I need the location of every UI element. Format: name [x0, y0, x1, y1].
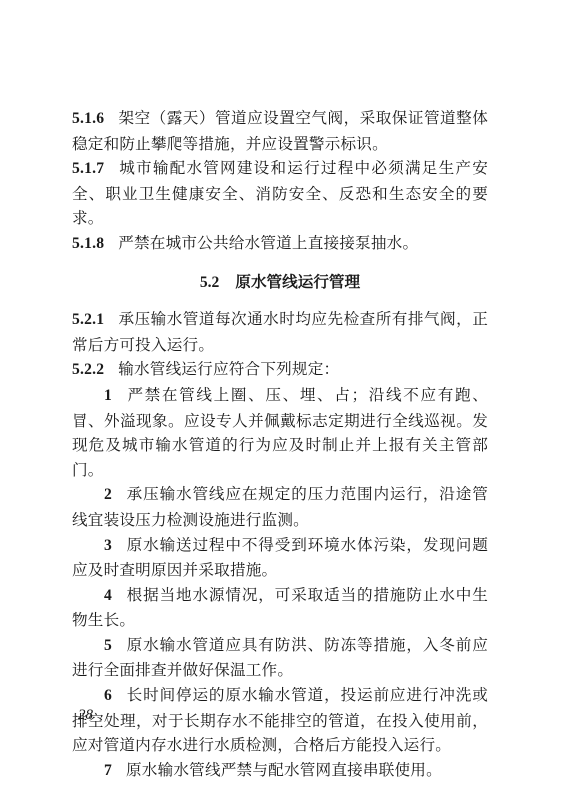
clause-5-1-7: 5.1.7城市输配水管网建设和运行过程中必须满足生产安全、职业卫生健康安全、消防… [72, 156, 488, 231]
clause-text: 城市输配水管网建设和运行过程中必须满足生产安全、职业卫生健康安全、消防安全、反恐… [72, 159, 488, 227]
clause-number: 5.2.2 [72, 361, 104, 378]
list-item: 3原水输送过程中不得受到环境水体污染，发现问题应及时查明原因并采取措施。 [72, 533, 488, 583]
item-number: 1 [104, 387, 112, 404]
clause-number: 5.1.7 [72, 160, 104, 177]
item-text: 长时间停运的原水输水管道，投运前应进行冲洗或排空处理，对于长期存水不能排空的管道… [72, 686, 488, 754]
item-text: 原水输水管道应具有防洪、防冻等措施，入冬前应进行全面排查并做好保温工作。 [72, 636, 488, 680]
clause-5-1-8: 5.1.8严禁在城市公共给水管道上直接接泵抽水。 [72, 231, 488, 257]
item-text: 承压输水管线应在规定的压力范围内运行，沿途管线宜装设压力检测设施进行监测。 [72, 485, 488, 529]
item-text: 根据当地水源情况，可采取适当的措施防止水中生物生长。 [72, 586, 488, 630]
clause-text: 架空（露天）管道应设置空气阀，采取保证管道整体稳定和防止攀爬等措施，并应设置警示… [72, 109, 488, 153]
section-heading: 5.2原水管线运行管理 [72, 270, 488, 296]
clause-text: 承压输水管道每次通水时均应先检查所有排气阀，正常后方可投入运行。 [72, 310, 488, 354]
clause-5-1-6: 5.1.6架空（露天）管道应设置空气阀，采取保证管道整体稳定和防止攀爬等措施，并… [72, 106, 488, 156]
item-number: 3 [104, 537, 112, 554]
item-number: 7 [104, 762, 112, 779]
list-item: 5原水输水管道应具有防洪、防冻等措施，入冬前应进行全面排查并做好保温工作。 [72, 633, 488, 683]
clause-number: 5.1.6 [72, 110, 104, 127]
item-number: 5 [104, 637, 112, 654]
clause-number: 5.2.1 [72, 311, 104, 328]
clause-5-2-1: 5.2.1承压输水管道每次通水时均应先检查所有排气阀，正常后方可投入运行。 [72, 307, 488, 357]
page-number: 28 [78, 707, 93, 724]
section-number: 5.2 [200, 274, 220, 291]
clause-number: 5.1.8 [72, 235, 104, 252]
list-item: 1严禁在管线上圈、压、埋、占；沿线不应有跑、冒、外溢现象。应设专人并佩戴标志定期… [72, 383, 488, 482]
item-text: 严禁在管线上圈、压、埋、占；沿线不应有跑、冒、外溢现象。应设专人并佩戴标志定期进… [72, 386, 488, 479]
clause-text: 输水管线运行应符合下列规定： [118, 360, 339, 378]
item-text: 原水输送过程中不得受到环境水体污染，发现问题应及时查明原因并采取措施。 [72, 536, 488, 580]
document-body: 5.1.6架空（露天）管道应设置空气阀，采取保证管道整体稳定和防止攀爬等措施，并… [72, 106, 488, 783]
item-number: 6 [104, 687, 112, 704]
section-title: 原水管线运行管理 [235, 273, 360, 291]
item-number: 4 [104, 587, 112, 604]
list-item: 6长时间停运的原水输水管道，投运前应进行冲洗或排空处理，对于长期存水不能排空的管… [72, 683, 488, 758]
clause-text: 严禁在城市公共给水管道上直接接泵抽水。 [118, 234, 418, 252]
list-item: 7原水输水管线严禁与配水管网直接串联使用。 [72, 758, 488, 784]
clause-5-2-2: 5.2.2输水管线运行应符合下列规定： [72, 357, 488, 383]
list-item: 4根据当地水源情况，可采取适当的措施防止水中生物生长。 [72, 583, 488, 633]
list-item: 2承压输水管线应在规定的压力范围内运行，沿途管线宜装设压力检测设施进行监测。 [72, 482, 488, 532]
item-text: 原水输水管线严禁与配水管网直接串联使用。 [126, 761, 442, 779]
item-number: 2 [104, 486, 112, 503]
